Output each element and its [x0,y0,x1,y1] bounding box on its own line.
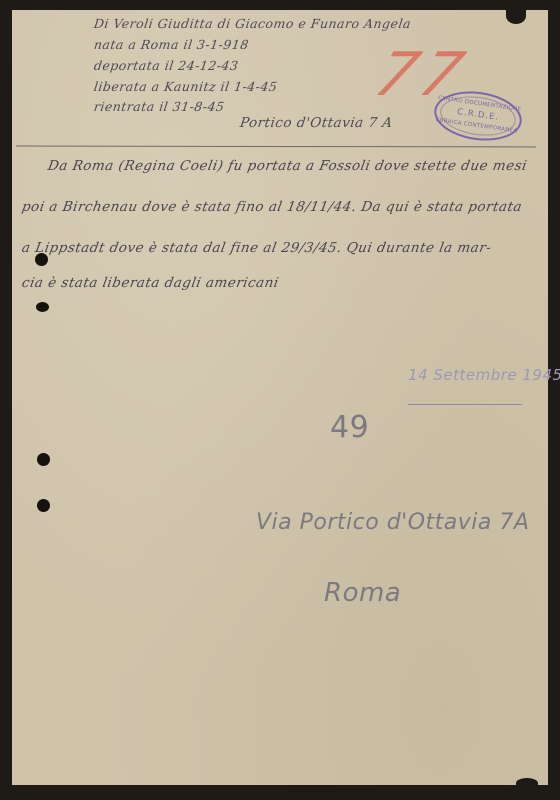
punch-hole [36,302,49,312]
body-line-1: Da Roma (Regina Coeli) fu portata a Foss… [47,158,529,174]
header-name-line: Di Veroli Giuditta di Giacomo e Funaro A… [93,16,412,31]
pencil-address-street: Via Portico d'Ottavia 7A [256,510,529,535]
header-deported-line: deportata il 24-12-43 [93,58,240,73]
pencil-date: 14 Settembre 1945 [408,366,560,384]
header-birth-line: nata a Roma il 3-1-918 [93,37,250,52]
torn-edge-bottom [516,778,538,788]
body-line-3: a Lippstadt dove è stata dal fine al 29/… [21,240,493,256]
header-liberated-line: liberata a Kaunitz il 1-4-45 [93,79,279,94]
torn-edge-top [506,8,526,24]
header-address-line: Portico d'Ottavia 7 A [239,115,394,131]
body-line-4: cia è stata liberata dagli americani [21,275,281,291]
pencil-address-city: Roma [324,578,401,608]
body-line-2: poi a Birchenau dove è stata fino al 18/… [21,199,524,215]
pencil-number: 49 [330,410,369,445]
date-underline [408,404,522,405]
punch-hole [37,453,50,466]
header-returned-line: rientrata il 31-8-45 [93,99,226,114]
punch-hole [37,499,50,512]
punch-hole [35,253,48,266]
